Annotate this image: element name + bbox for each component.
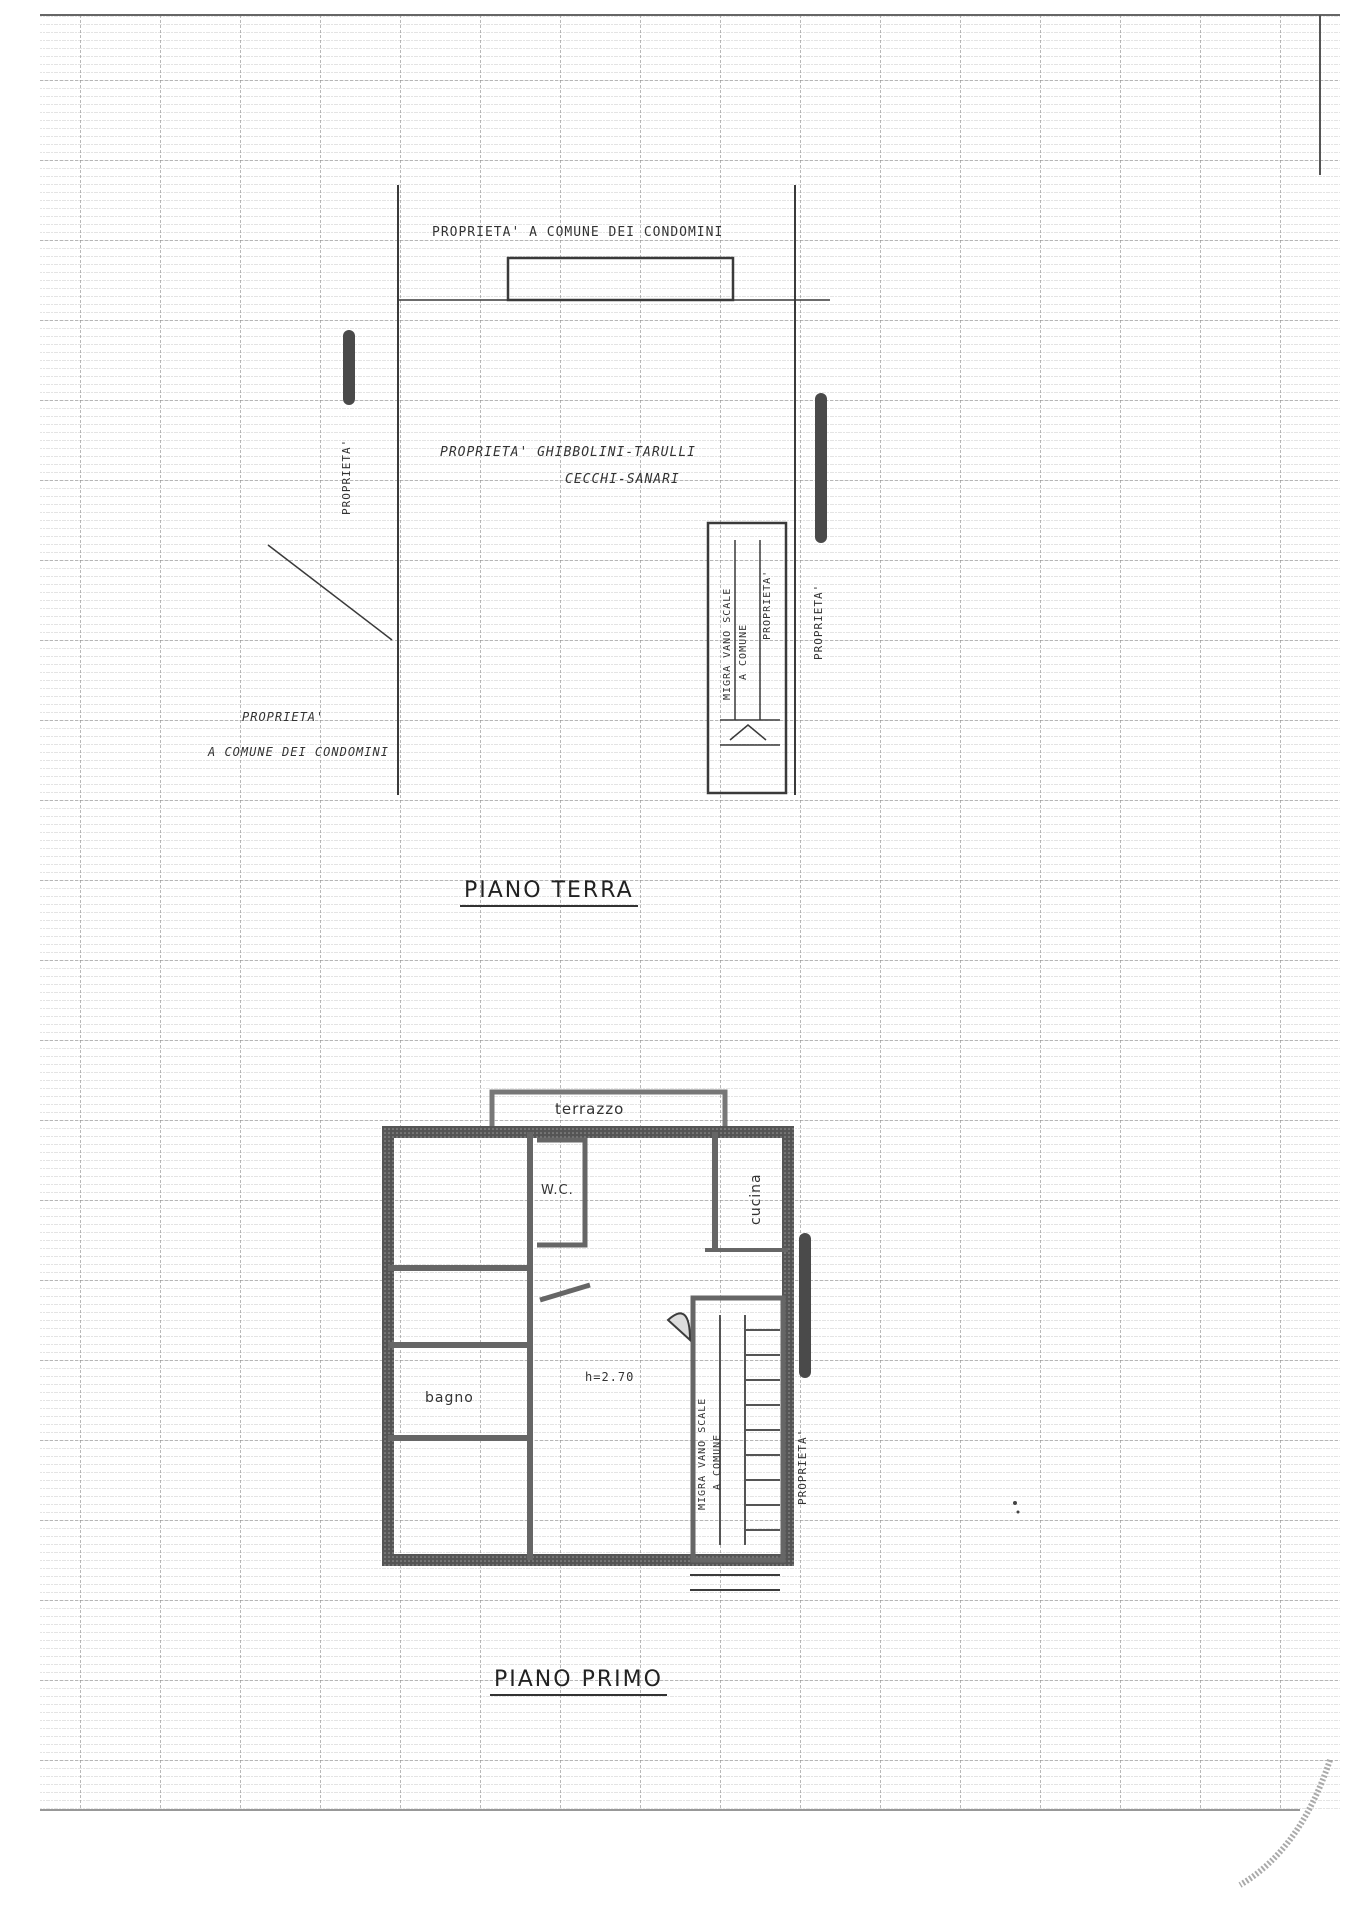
label-stair-3: PROPRIETA' <box>762 570 773 640</box>
floor-plan-sheet <box>0 0 1357 1920</box>
label-common-property-top: PROPRIETA' A COMUNE DEI CONDOMINI <box>432 225 723 240</box>
label-wc: W.C. <box>541 1183 574 1198</box>
marker-bar-right <box>815 393 827 543</box>
label-property-cecchi: CECCHI-SANARI <box>565 472 680 487</box>
label-bathroom: bagno <box>425 1390 474 1406</box>
marker-bar-first-floor <box>799 1233 811 1378</box>
label-stair-1: MIGRA VANO SCALE <box>722 588 733 700</box>
graph-paper-grid <box>40 15 1340 1810</box>
label-first-stair-1: MIGRA VANO SCALE <box>697 1398 708 1510</box>
label-property-left: PROPRIETA' <box>340 439 353 515</box>
label-first-property-right: PROPRIETA' <box>796 1429 809 1505</box>
title-ground-floor: PIANO TERRA <box>460 878 638 907</box>
label-stair-2: A COMUNE <box>738 624 749 680</box>
marker-bar-left <box>343 330 355 405</box>
label-terrace: terrazzo <box>555 1100 624 1118</box>
title-first-floor: PIANO PRIMO <box>490 1667 667 1696</box>
label-first-stair-2: A COMUNE <box>712 1434 723 1490</box>
label-property-right: PROPRIETA' <box>812 584 825 660</box>
label-property-ghibbolini: PROPRIETA' GHIBBOLINI-TARULLI <box>440 445 696 460</box>
label-common-bottom-line2: A COMUNE DEI CONDOMINI <box>208 745 389 759</box>
label-kitchen: cucina <box>748 1173 764 1225</box>
label-ceiling-height: h=2.70 <box>585 1370 634 1384</box>
label-common-bottom-line1: PROPRIETA' <box>242 710 324 724</box>
